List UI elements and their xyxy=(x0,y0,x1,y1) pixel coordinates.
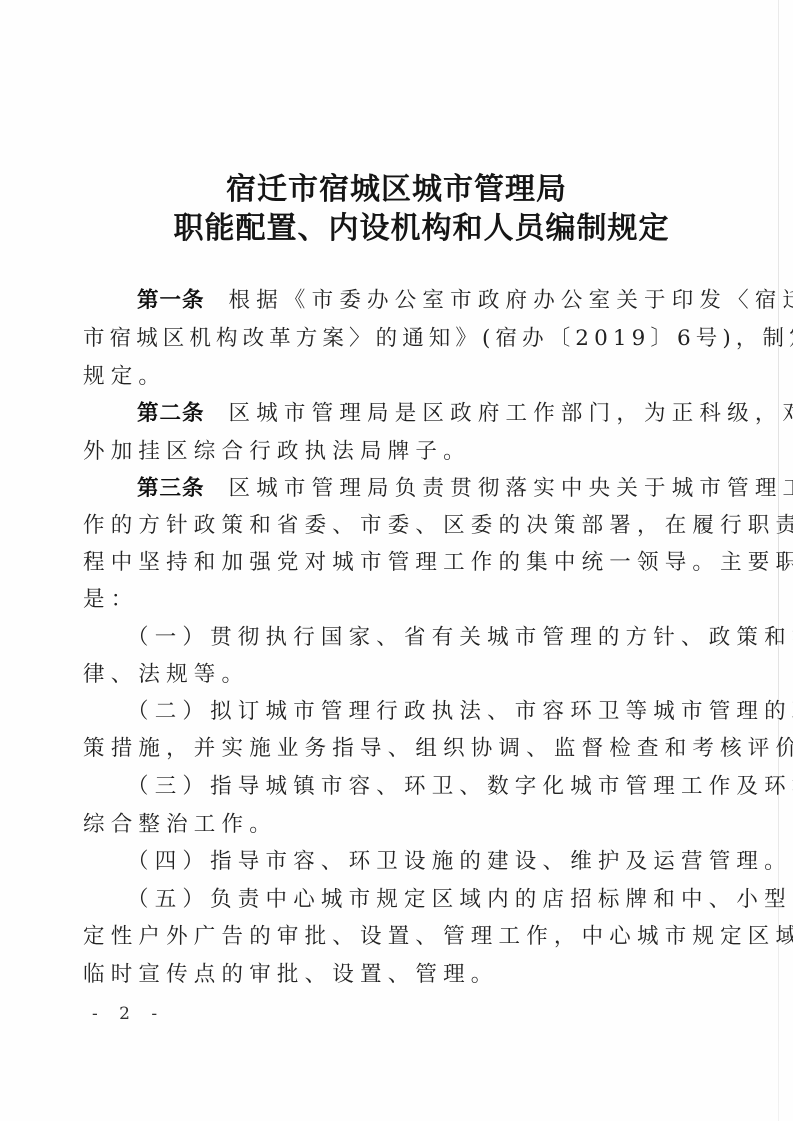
article-1-line-1: 第一条根据《市委办公室市政府办公室关于印发〈宿迁 xyxy=(137,288,793,314)
duty-5-line-1: （五）负责中心城市规定区域内的店招标牌和中、小型固 xyxy=(127,887,793,913)
article-3-text-1: 区城市管理局负责贯彻落实中央关于城市管理工 xyxy=(229,476,793,501)
document-title-line-1: 宿迁市宿城区城市管理局 xyxy=(0,164,793,208)
article-1-heading: 第一条 xyxy=(137,288,205,313)
duty-2-line-1: （二）拟订城市管理行政执法、市容环卫等城市管理的政 xyxy=(127,699,793,725)
article-3-heading: 第三条 xyxy=(137,476,205,501)
document-page: 宿迁市宿城区城市管理局 职能配置、内设机构和人员编制规定 第一条根据《市委办公室… xyxy=(0,0,793,1121)
duty-4-line-1: （四）指导市容、环卫设施的建设、维护及运营管理。 xyxy=(127,849,792,875)
duty-3-line-2: 综合整治工作。 xyxy=(83,812,277,838)
document-title-line-2: 职能配置、内设机构和人员编制规定 xyxy=(25,203,793,247)
article-1-line-2: 市宿城区机构改革方案〉的通知》(宿办〔2019〕6号)，制定本 xyxy=(83,326,793,352)
article-2-heading: 第二条 xyxy=(137,401,205,426)
article-1-text-1: 根据《市委办公室市政府办公室关于印发〈宿迁 xyxy=(229,288,793,313)
duty-2-line-2: 策措施，并实施业务指导、组织协调、监督检查和考核评价。 xyxy=(83,736,793,762)
duty-3-line-1: （三）指导城镇市容、环卫、数字化城市管理工作及环境 xyxy=(127,774,793,800)
article-3-line-1: 第三条区城市管理局负责贯彻落实中央关于城市管理工 xyxy=(137,476,793,502)
duty-5-line-2: 定性户外广告的审批、设置、管理工作，中心城市规定区域内 xyxy=(83,924,793,950)
article-3-line-2: 作的方针政策和省委、市委、区委的决策部署，在履行职责过 xyxy=(83,513,793,539)
duty-1-line-1: （一）贯彻执行国家、省有关城市管理的方针、政策和法 xyxy=(127,625,793,651)
article-3-line-4: 是： xyxy=(83,587,138,613)
article-2-line-1: 第二条区城市管理局是区政府工作部门，为正科级，对 xyxy=(137,401,793,427)
duty-1-line-2: 律、法规等。 xyxy=(83,662,249,688)
article-1-line-3: 规定。 xyxy=(83,364,166,390)
article-3-line-3: 程中坚持和加强党对城市管理工作的集中统一领导。主要职责 xyxy=(83,550,793,576)
article-2-line-2: 外加挂区综合行政执法局牌子。 xyxy=(83,439,471,465)
page-number: - 2 - xyxy=(92,1004,165,1024)
article-2-text-1: 区城市管理局是区政府工作部门，为正科级，对 xyxy=(229,401,793,426)
duty-5-line-3: 临时宣传点的审批、设置、管理。 xyxy=(83,962,499,988)
